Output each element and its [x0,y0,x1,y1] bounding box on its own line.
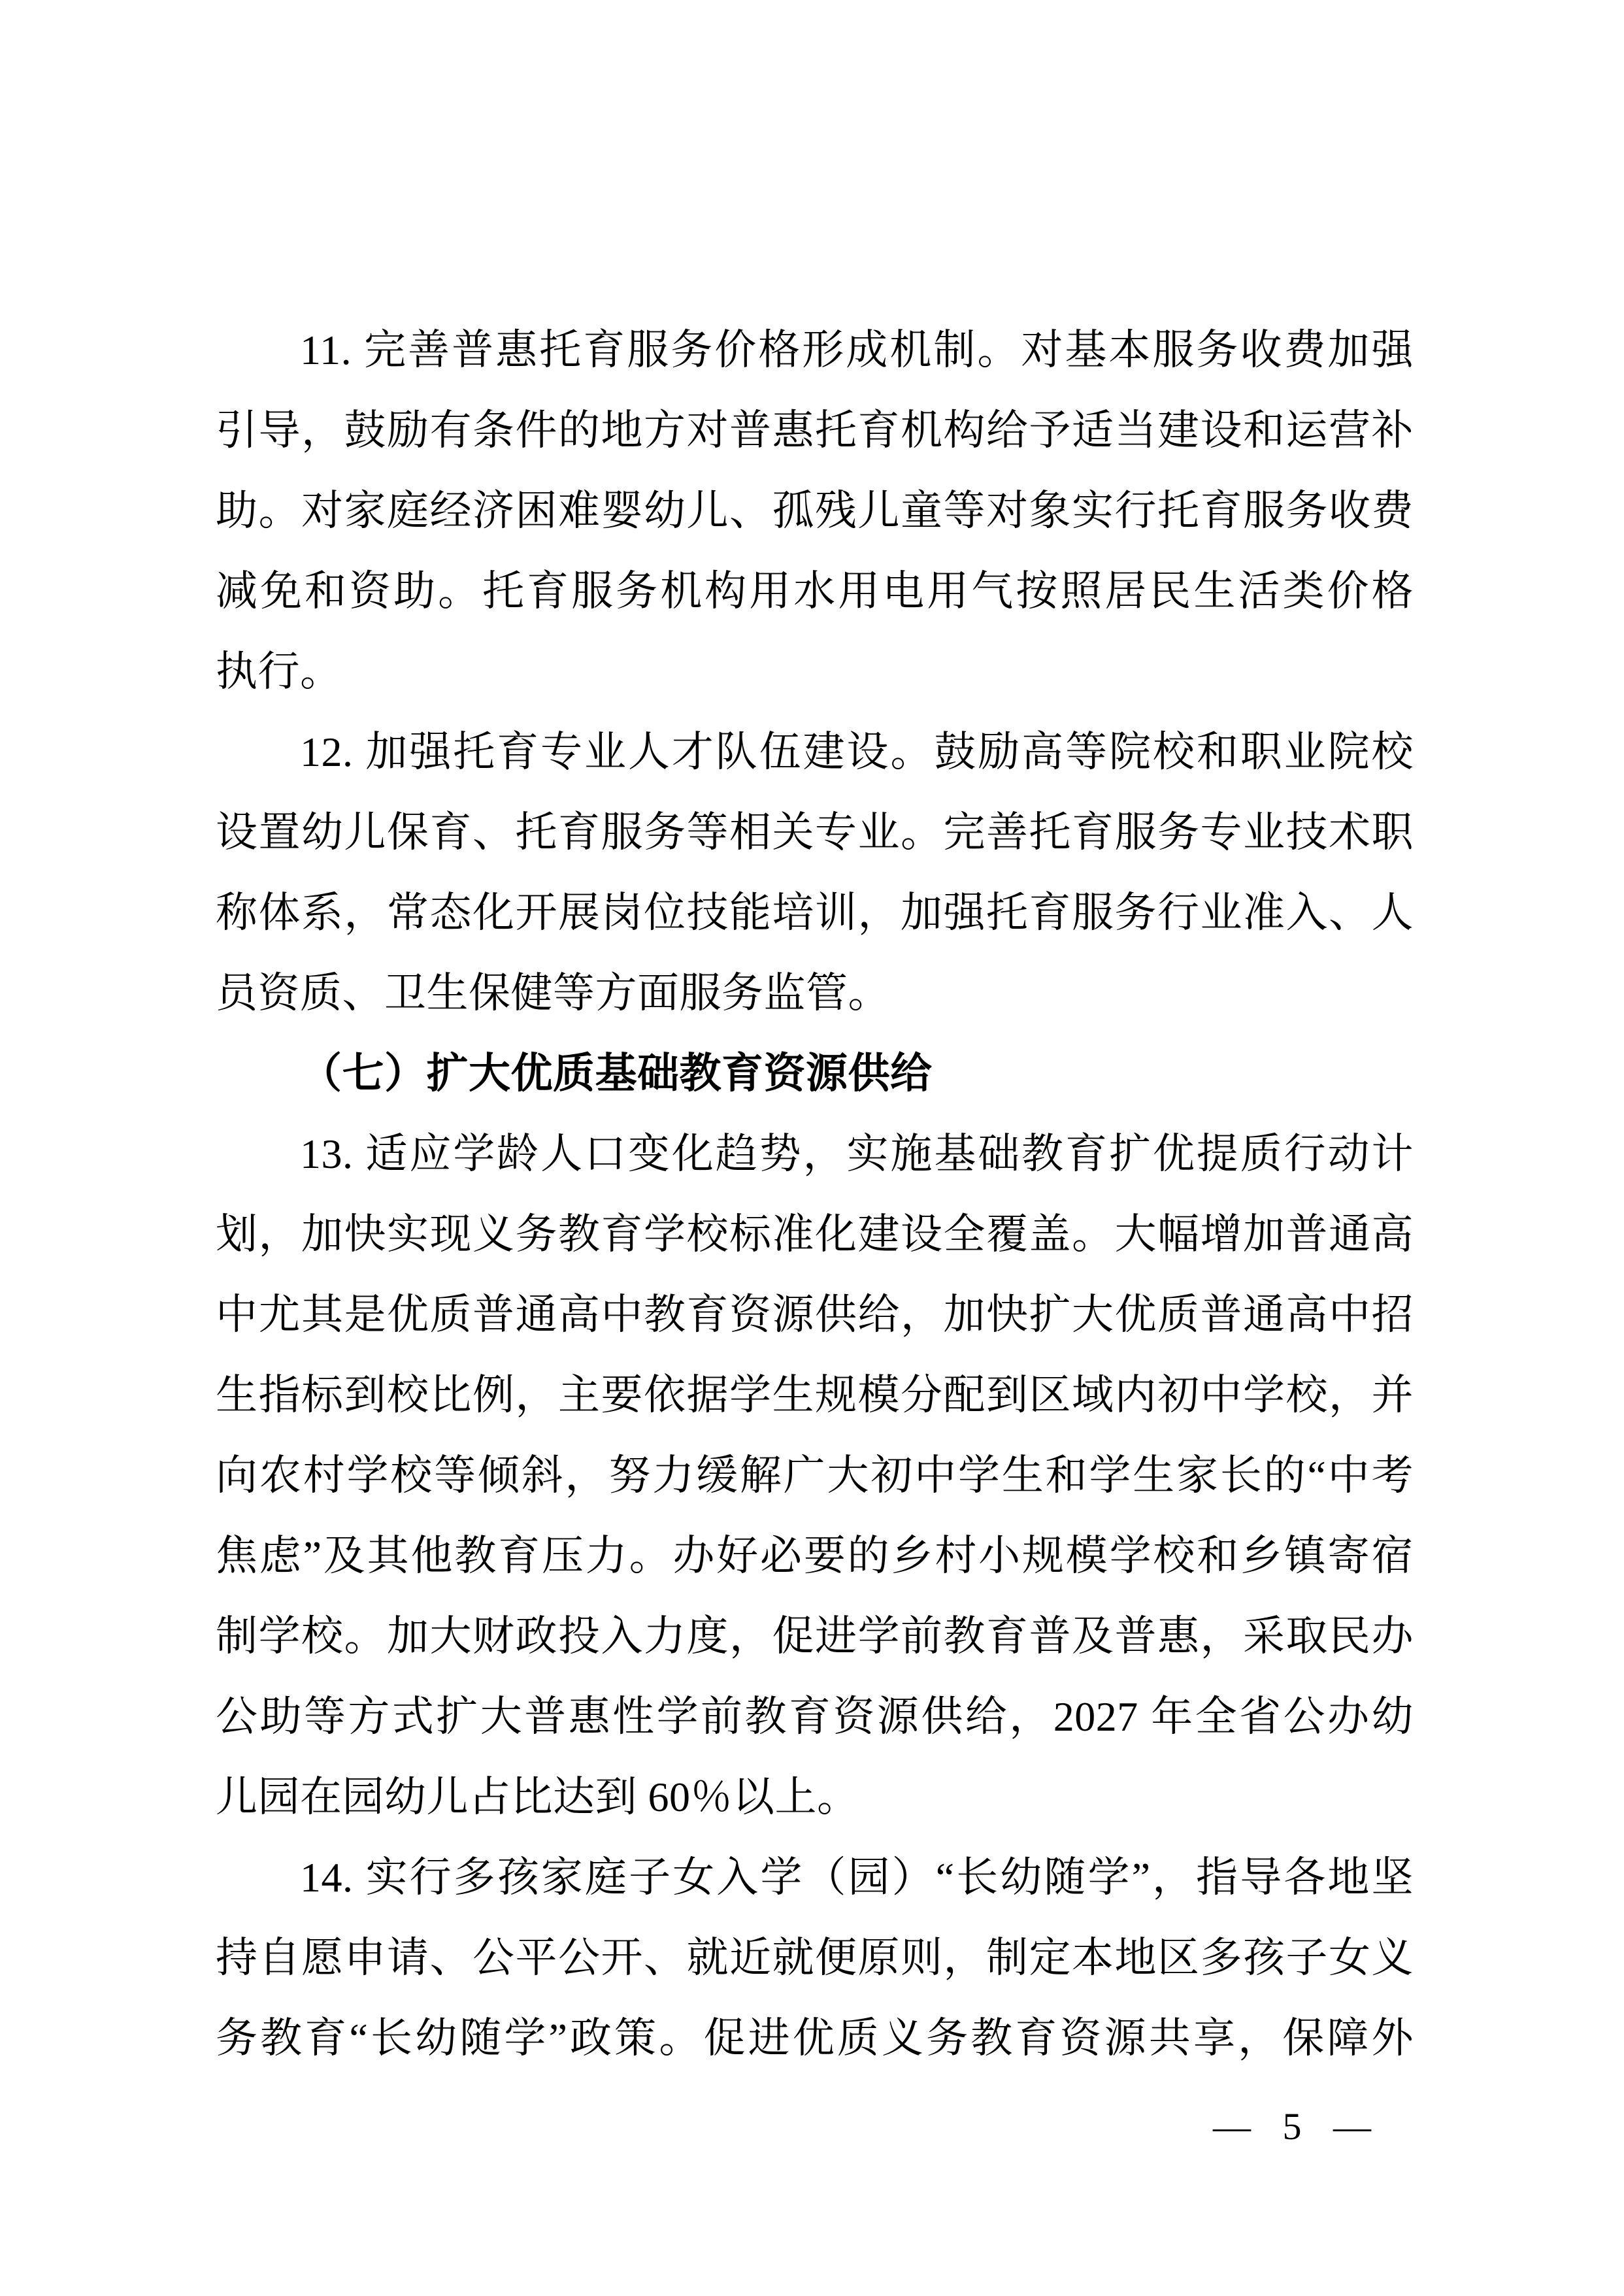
text-line: 务教育“长幼随学”政策。促进优质义务教育资源共享，保障外 [216,1998,1414,2078]
text-line: 划，加快实现义务教育学校标准化建设全覆盖。大幅增加普通高 [216,1194,1414,1274]
document-page: 11. 完善普惠托育服务价格形成机制。对基本服务收费加强引导，鼓励有条件的地方对… [0,0,1624,2296]
text-line: 制学校。加大财政投入力度，促进学前教育普及普惠，采取民办 [216,1596,1414,1676]
text-line: 助。对家庭经济困难婴幼儿、孤残儿童等对象实行托育服务收费 [216,471,1414,551]
text-line: 中尤其是优质普通高中教育资源供给，加快扩大优质普通高中招 [216,1274,1414,1355]
text-line: 13. 适应学龄人口变化趋势，实施基础教育扩优提质行动计 [216,1114,1414,1194]
page-number: — 5 — [1213,2086,1372,2167]
text-line: 向农村学校等倾斜，努力缓解广大初中学生和学生家长的“中考 [216,1435,1414,1516]
text-block: 11. 完善普惠托育服务价格形成机制。对基本服务收费加强引导，鼓励有条件的地方对… [216,310,1414,2078]
text-line: 儿园在园幼儿占比达到 60％以上。 [216,1757,1414,1837]
text-line: 员资质、卫生保健等方面服务监管。 [216,953,1414,1033]
text-line: 设置幼儿保育、托育服务等相关专业。完善托育服务专业技术职 [216,792,1414,873]
paragraph-12: 12. 加强托育专业人才队伍建设。鼓励高等院校和职业院校设置幼儿保育、托育服务等… [216,712,1414,1033]
section-heading: （七）扩大优质基础教育资源供给 [216,1033,1414,1114]
text-line: 11. 完善普惠托育服务价格形成机制。对基本服务收费加强 [216,310,1414,390]
text-line: 执行。 [216,631,1414,712]
text-line: 持自愿申请、公平公开、就近就便原则，制定本地区多孩子女义 [216,1918,1414,1998]
text-line: 14. 实行多孩家庭子女入学（园）“长幼随学”，指导各地坚 [216,1837,1414,1918]
text-line: 减免和资助。托育服务机构用水用电用气按照居民生活类价格 [216,551,1414,631]
paragraph-13: 13. 适应学龄人口变化趋势，实施基础教育扩优提质行动计划，加快实现义务教育学校… [216,1114,1414,1837]
text-line: 称体系，常态化开展岗位技能培训，加强托育服务行业准入、人 [216,873,1414,953]
text-line: 焦虑”及其他教育压力。办好必要的乡村小规模学校和乡镇寄宿 [216,1516,1414,1596]
paragraph-11: 11. 完善普惠托育服务价格形成机制。对基本服务收费加强引导，鼓励有条件的地方对… [216,310,1414,712]
text-line: （七）扩大优质基础教育资源供给 [216,1033,1414,1114]
text-line: 引导，鼓励有条件的地方对普惠托育机构给予适当建设和运营补 [216,390,1414,471]
text-line: 12. 加强托育专业人才队伍建设。鼓励高等院校和职业院校 [216,712,1414,792]
text-line: 公助等方式扩大普惠性学前教育资源供给，2027 年全省公办幼 [216,1676,1414,1757]
text-line: 生指标到校比例，主要依据学生规模分配到区域内初中学校，并 [216,1355,1414,1435]
paragraph-14: 14. 实行多孩家庭子女入学（园）“长幼随学”，指导各地坚持自愿申请、公平公开、… [216,1837,1414,2078]
